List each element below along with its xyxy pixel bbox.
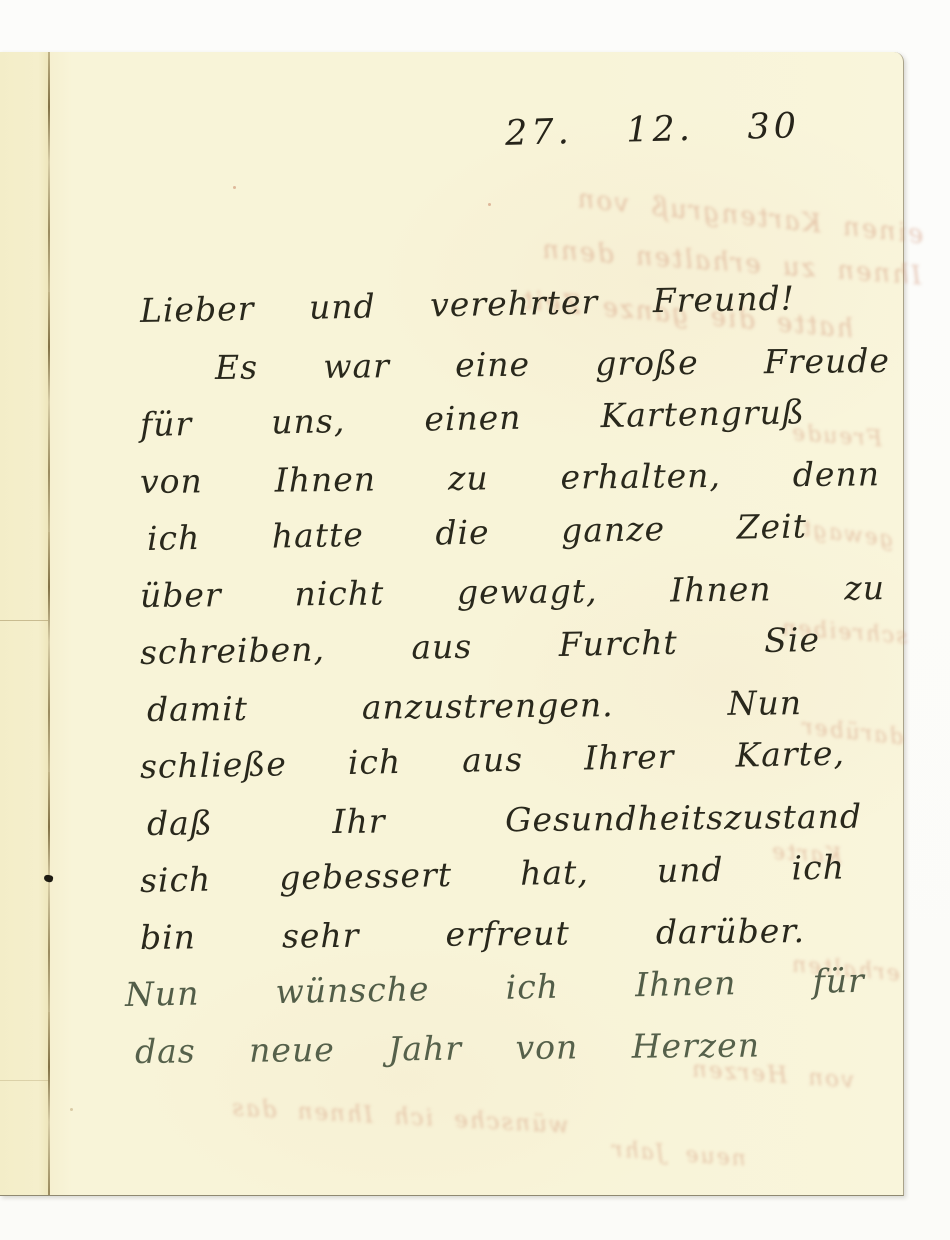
letter-line: ich hatte die ganze Zeit	[146, 497, 807, 567]
letter-line: das neue Jahr von Herzen	[135, 1016, 761, 1080]
paper-speck	[233, 186, 236, 189]
letter-line: schließe ich aus Ihrer Karte,	[139, 724, 845, 795]
letter-line-salutation: Lieber und verehrter Freund!	[139, 269, 795, 339]
letter-date: 27. 12. 30	[505, 106, 801, 154]
paper-speck	[70, 1108, 73, 1111]
bleedthrough-mark: neue Jahr	[609, 1137, 746, 1171]
scanner-background: einen Kartengruß von Ihnen zu erhalten d…	[0, 0, 950, 1240]
bleedthrough-mark: wünsche ich Ihnen das	[230, 1095, 570, 1139]
paper-sheet: einen Kartengruß von Ihnen zu erhalten d…	[0, 52, 904, 1196]
horizontal-crease	[0, 1080, 48, 1081]
letter-line: schreiben, aus Furcht Sie	[139, 611, 820, 681]
letter-line: sich gebessert hat, und ich	[139, 838, 845, 909]
letter-line: für uns, einen Kartengruß	[139, 383, 805, 453]
paper-speck	[488, 203, 491, 206]
letter-body: Lieber und verehrter Freund! Es war eine…	[0, 282, 903, 1080]
